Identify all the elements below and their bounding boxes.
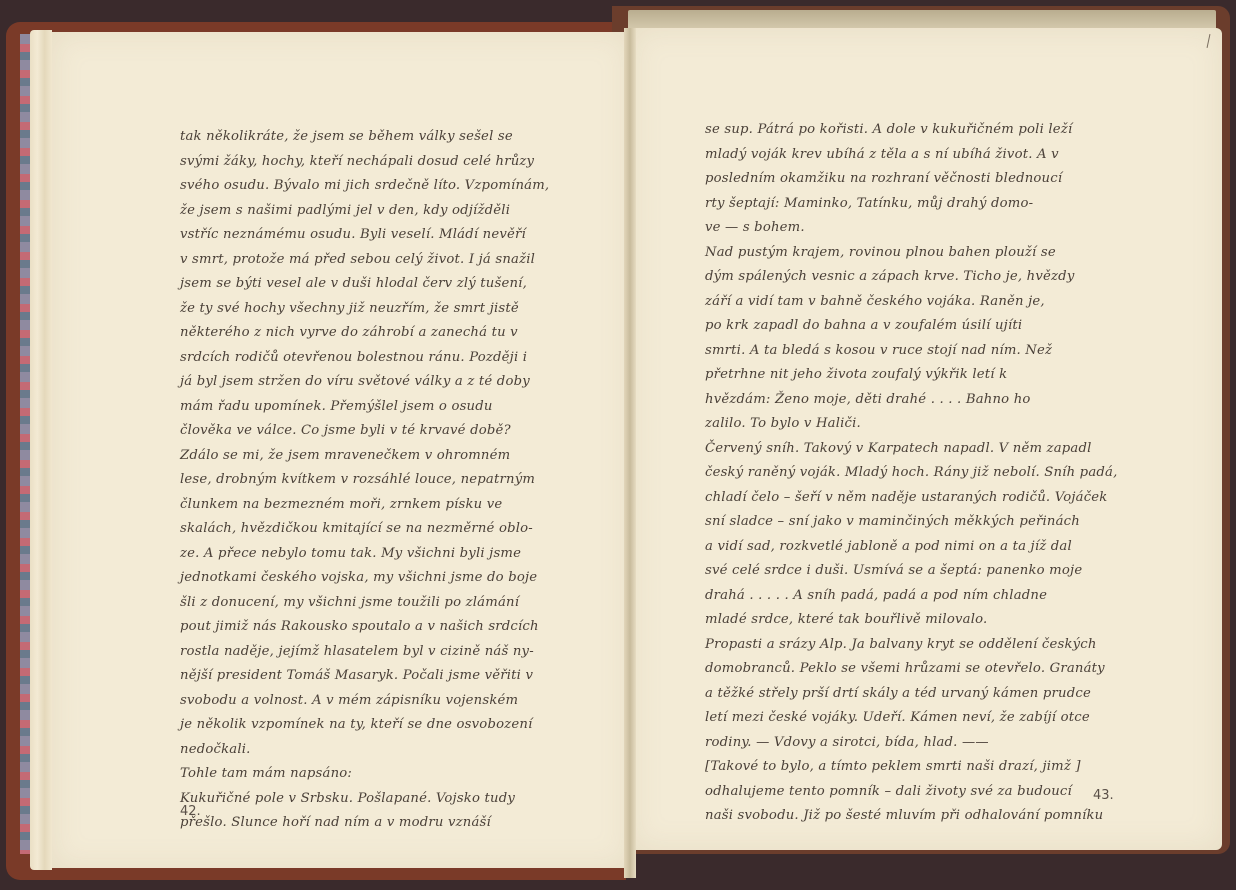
text-line: přetrhne nit jeho života zoufalý výkřik … [705,363,1145,388]
text-line: že ty své hochy všechny již neuzřím, že … [180,297,600,322]
text-line: chladí čelo – šeří v něm naděje ustaraný… [705,486,1145,511]
text-line: ze. A přece nebylo tomu tak. My všichni … [180,542,600,567]
text-line: některého z nich vyrve do záhrobí a zane… [180,321,600,346]
text-line: Červený sníh. Takový v Karpatech napadl.… [705,437,1145,462]
page-number-right: 43. [1093,788,1114,803]
text-line: domobranců. Peklo se všemi hrůzami se ot… [705,657,1145,682]
text-line: posledním okamžiku na rozhraní věčnosti … [705,167,1145,192]
text-line: mladý voják krev ubíhá z těla a s ní ubí… [705,143,1145,168]
text-line: nedočkali. [180,738,600,763]
text-line: člunkem na bezmezném moři, zrnkem písku … [180,493,600,518]
text-line: mladé srdce, které tak bouřlivě milovalo… [705,608,1145,633]
text-line: já byl jsem stržen do víru světové války… [180,370,600,395]
text-line: pout jimiž nás Rakousko spoutalo a v naš… [180,615,600,640]
left-page-text: tak několikráte, že jsem se během války … [180,125,600,836]
text-line: svobodu a volnost. A v mém zápisníku voj… [180,689,600,714]
text-line: svými žáky, hochy, kteří nechápali dosud… [180,150,600,175]
text-line: po krk zapadl do bahna a v zoufalém úsil… [705,314,1145,339]
text-line: nější president Tomáš Masaryk. Počali js… [180,664,600,689]
text-line: sní sladce – sní jako v maminčiných měkk… [705,510,1145,535]
text-line: tak několikráte, že jsem se během války … [180,125,600,150]
text-line: Tohle tam mám napsáno: [180,762,600,787]
text-line: a vidí sad, rozkvetlé jabloně a pod nimi… [705,535,1145,560]
text-line: [Takové to bylo, a tímto peklem smrti na… [705,755,1145,780]
text-line: Kukuřičné pole v Srbsku. Pošlapané. Vojs… [180,787,600,812]
text-line: své celé srdce i duši. Usmívá se a šeptá… [705,559,1145,584]
text-line: člověka ve válce. Co jsme byli v té krva… [180,419,600,444]
text-line: jednotkami českého vojska, my všichni js… [180,566,600,591]
text-line: mám řadu upomínek. Přemýšlel jsem o osud… [180,395,600,420]
text-line: naši svobodu. Již po šesté mluvím při od… [705,804,1145,829]
book-gutter [624,28,636,878]
text-line: přešlo. Slunce hoří nad ním a v modru vz… [180,811,600,836]
text-line: jsem se býti vesel ale v duši hlodal čer… [180,272,600,297]
text-line: rostla naděje, jejímž hlasatelem byl v c… [180,640,600,665]
text-line: se sup. Pátrá po kořisti. A dole v kukuř… [705,118,1145,143]
text-line: srdcích rodičů otevřenou bolestnou ránu.… [180,346,600,371]
text-line: je několik vzpomínek na ty, kteří se dne… [180,713,600,738]
text-line: zalilo. To bylo v Haliči. [705,412,1145,437]
text-line: září a vidí tam v bahně českého vojáka. … [705,290,1145,315]
text-line: skalách, hvězdičkou kmitající se na nezm… [180,517,600,542]
text-line: dým spálených vesnic a zápach krve. Tich… [705,265,1145,290]
marbled-endpaper [20,34,30,854]
page-stack-left [30,30,52,870]
page-number-left: 42. [180,804,201,819]
text-line: odhalujeme tento pomník – dali životy sv… [705,780,1145,805]
text-line: a těžké střely prší drtí skály a téd urv… [705,682,1145,707]
text-line: že jsem s našimi padlými jel v den, kdy … [180,199,600,224]
text-line: svého osudu. Bývalo mi jich srdečně líto… [180,174,600,199]
text-line: letí mezi české vojáky. Udeří. Kámen nev… [705,706,1145,731]
text-line: drahá . . . . . A sníh padá, padá a pod … [705,584,1145,609]
text-line: Nad pustým krajem, rovinou plnou bahen p… [705,241,1145,266]
right-page-text: se sup. Pátrá po kořisti. A dole v kukuř… [705,118,1145,829]
text-line: Propasti a srázy Alp. Ja balvany kryt se… [705,633,1145,658]
text-line: ve — s bohem. [705,216,1145,241]
text-line: lese, drobným kvítkem v rozsáhlé louce, … [180,468,600,493]
text-line: Zdálo se mi, že jsem mravenečkem v ohrom… [180,444,600,469]
text-line: český raněný voják. Mladý hoch. Rány již… [705,461,1145,486]
text-line: v smrt, protože má před sebou celý život… [180,248,600,273]
text-line: rty šeptají: Maminko, Tatínku, můj drahý… [705,192,1145,217]
text-line: smrti. A ta bledá s kosou v ruce stojí n… [705,339,1145,364]
text-line: šli z donucení, my všichni jsme toužili … [180,591,600,616]
text-line: vstříc neznámému osudu. Byli veselí. Mlá… [180,223,600,248]
text-line: hvězdám: Ženo moje, děti drahé . . . . B… [705,388,1145,413]
text-line: rodiny. — Vdovy a sirotci, bída, hlad. —… [705,731,1145,756]
